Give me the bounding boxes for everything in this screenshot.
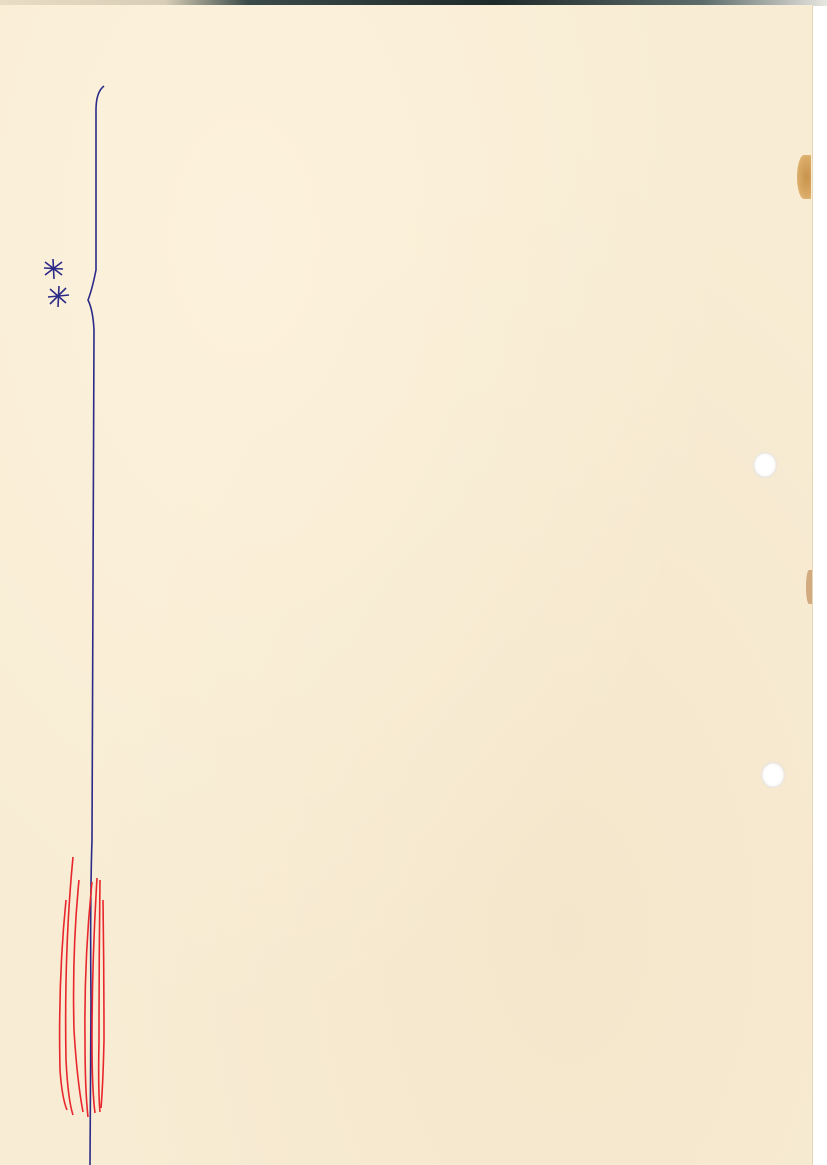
paper-stain — [806, 570, 812, 604]
paper-stain — [797, 155, 811, 199]
manuscript-page — [0, 5, 813, 1165]
punch-hole-top — [753, 452, 777, 478]
punch-hole-bottom — [761, 762, 785, 788]
